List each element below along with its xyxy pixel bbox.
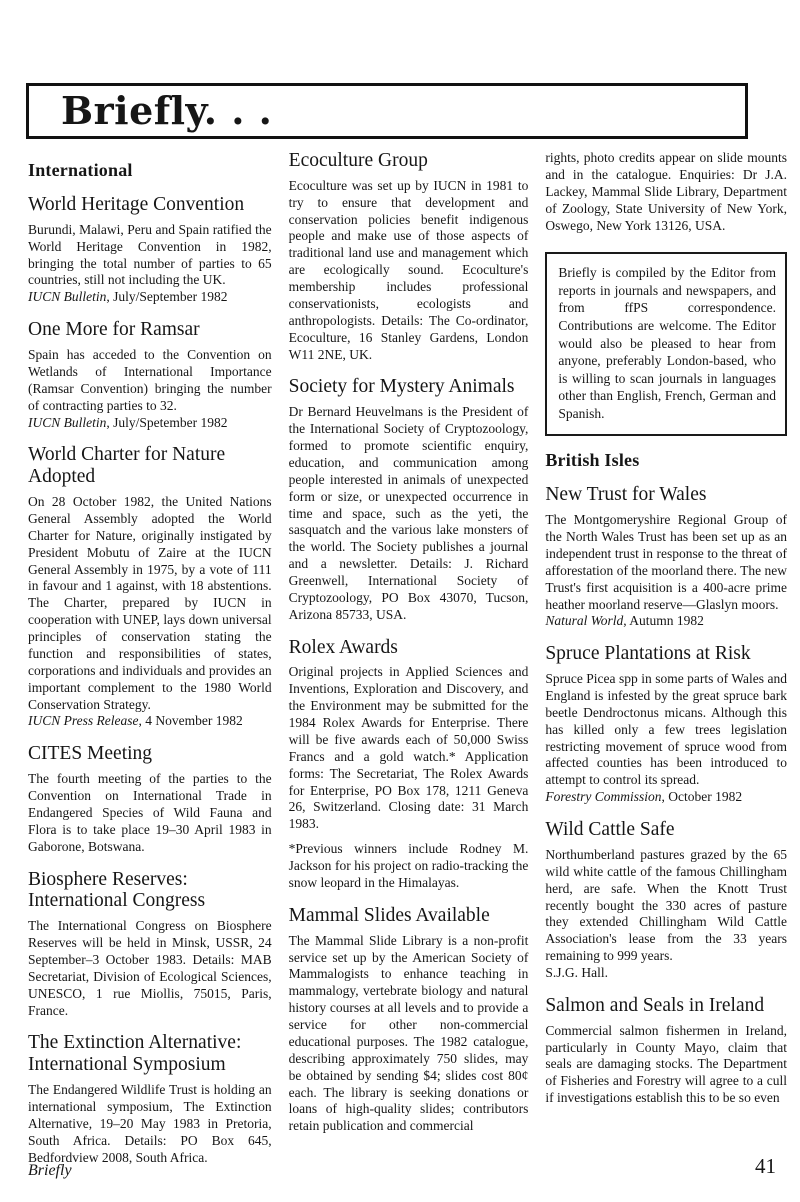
article-paragraph: Ecoculture was set up by IUCN in 1981 to… [289, 178, 529, 364]
article-paragraph: Northumberland pastures grazed by the 65… [545, 847, 787, 965]
article-wild-cattle-safe: Wild Cattle Safe Northumberland pastures… [545, 819, 787, 982]
article-new-trust-for-wales: New Trust for Wales The Montgomeryshire … [545, 484, 787, 630]
article-ecoculture-group: Ecoculture Group Ecoculture was set up b… [289, 150, 529, 363]
article-paragraph: On 28 October 1982, the United Nations G… [28, 494, 272, 713]
article-extinction-alternative: The Extinction Alternative: Internationa… [28, 1032, 272, 1166]
article-title: One More for Ramsar [28, 319, 272, 341]
article-title: World Charter for Nature Adopted [28, 444, 272, 488]
article-title: World Heritage Convention [28, 194, 272, 216]
column-middle: Ecoculture Group Ecoculture was set up b… [289, 150, 529, 1166]
article-paragraph: Spruce Picea spp in some parts of Wales … [545, 671, 787, 789]
article-paragraph: Spain has acceded to the Convention on W… [28, 347, 272, 415]
source-line: IUCN Bulletin, July/Spetember 1982 [28, 415, 272, 432]
column-british-isles: rights, photo credits appear on slide mo… [545, 150, 787, 1166]
article-title: Spruce Plantations at Risk [545, 643, 787, 665]
article-paragraph: Original projects in Applied Sciences an… [289, 664, 529, 833]
page-content: International World Heritage Convention … [28, 150, 787, 1166]
source-journal: IUCN Press Release [28, 713, 138, 728]
source-date: , October 1982 [661, 789, 742, 804]
article-title: Ecoculture Group [289, 150, 529, 172]
article-title: Biosphere Reserves: International Congre… [28, 869, 272, 913]
category-heading-international: International [28, 160, 272, 181]
source-date: , Autumn 1982 [623, 613, 704, 628]
article-paragraph: Commercial salmon fishermen in Ireland, … [545, 1023, 787, 1107]
article-paragraph: The Endangered Wildlife Trust is holding… [28, 1082, 272, 1166]
article-paragraph: The International Congress on Biosphere … [28, 918, 272, 1019]
article-biosphere-reserves: Biosphere Reserves: International Congre… [28, 869, 272, 1020]
source-journal: IUCN Bulletin [28, 415, 106, 430]
source-line: IUCN Press Release, 4 November 1982 [28, 713, 272, 730]
article-title: Salmon and Seals in Ireland [545, 995, 787, 1017]
article-paragraph: The Mammal Slide Library is a non-profit… [289, 933, 529, 1136]
editor-note-box: Briefly is compiled by the Editor from r… [545, 252, 787, 436]
editor-note-text: Briefly is compiled by the Editor from r… [558, 264, 776, 422]
article-paragraph: Dr Bernard Heuvelmans is the President o… [289, 404, 529, 623]
source-journal: IUCN Bulletin [28, 289, 106, 304]
source-line: Forestry Commission, October 1982 [545, 789, 787, 806]
category-heading-british-isles: British Isles [545, 450, 787, 471]
article-title: New Trust for Wales [545, 484, 787, 506]
source-line: IUCN Bulletin, July/September 1982 [28, 289, 272, 306]
article-title: CITES Meeting [28, 743, 272, 765]
article-one-more-for-ramsar: One More for Ramsar Spain has acceded to… [28, 319, 272, 431]
article-title: Mammal Slides Available [289, 905, 529, 927]
article-spruce-plantations-at-risk: Spruce Plantations at Risk Spruce Picea … [545, 643, 787, 806]
masthead-box: Briefly. . . [26, 83, 748, 139]
source-journal: Natural World [545, 613, 623, 628]
article-title: Rolex Awards [289, 637, 529, 659]
source-line: Natural World, Autumn 1982 [545, 613, 787, 630]
article-title: Wild Cattle Safe [545, 819, 787, 841]
source-author: S.J.G. Hall. [545, 965, 608, 980]
article-society-for-mystery-animals: Society for Mystery Animals Dr Bernard H… [289, 376, 529, 623]
article-paragraph: Burundi, Malawi, Peru and Spain ratified… [28, 222, 272, 290]
article-mammal-slides-available: Mammal Slides Available The Mammal Slide… [289, 905, 529, 1135]
article-world-heritage-convention: World Heritage Convention Burundi, Malaw… [28, 194, 272, 306]
article-paragraph: The fourth meeting of the parties to the… [28, 771, 272, 855]
source-date: , July/Spetember 1982 [106, 415, 227, 430]
article-title: The Extinction Alternative: Internationa… [28, 1032, 272, 1076]
article-footnote: *Previous winners include Rodney M. Jack… [289, 841, 529, 892]
article-world-charter-for-nature: World Charter for Nature Adopted On 28 O… [28, 444, 272, 730]
source-date: , 4 November 1982 [138, 713, 242, 728]
article-salmon-and-seals-in-ireland: Salmon and Seals in Ireland Commercial s… [545, 995, 787, 1107]
source-line: S.J.G. Hall. [545, 965, 787, 982]
source-date: , July/September 1982 [106, 289, 227, 304]
masthead-title: Briefly. . . [29, 92, 272, 130]
article-cites-meeting: CITES Meeting The fourth meeting of the … [28, 743, 272, 855]
article-title: Society for Mystery Animals [289, 376, 529, 398]
continuation-paragraph: rights, photo credits appear on slide mo… [545, 150, 787, 234]
article-rolex-awards: Rolex Awards Original projects in Applie… [289, 637, 529, 892]
article-paragraph: The Montgomeryshire Regional Group of th… [545, 512, 787, 613]
column-international: International World Heritage Convention … [28, 150, 272, 1166]
source-journal: Forestry Commission [545, 789, 661, 804]
page-number: 41 [755, 1154, 776, 1179]
footer-journal-name: Briefly [28, 1162, 72, 1180]
